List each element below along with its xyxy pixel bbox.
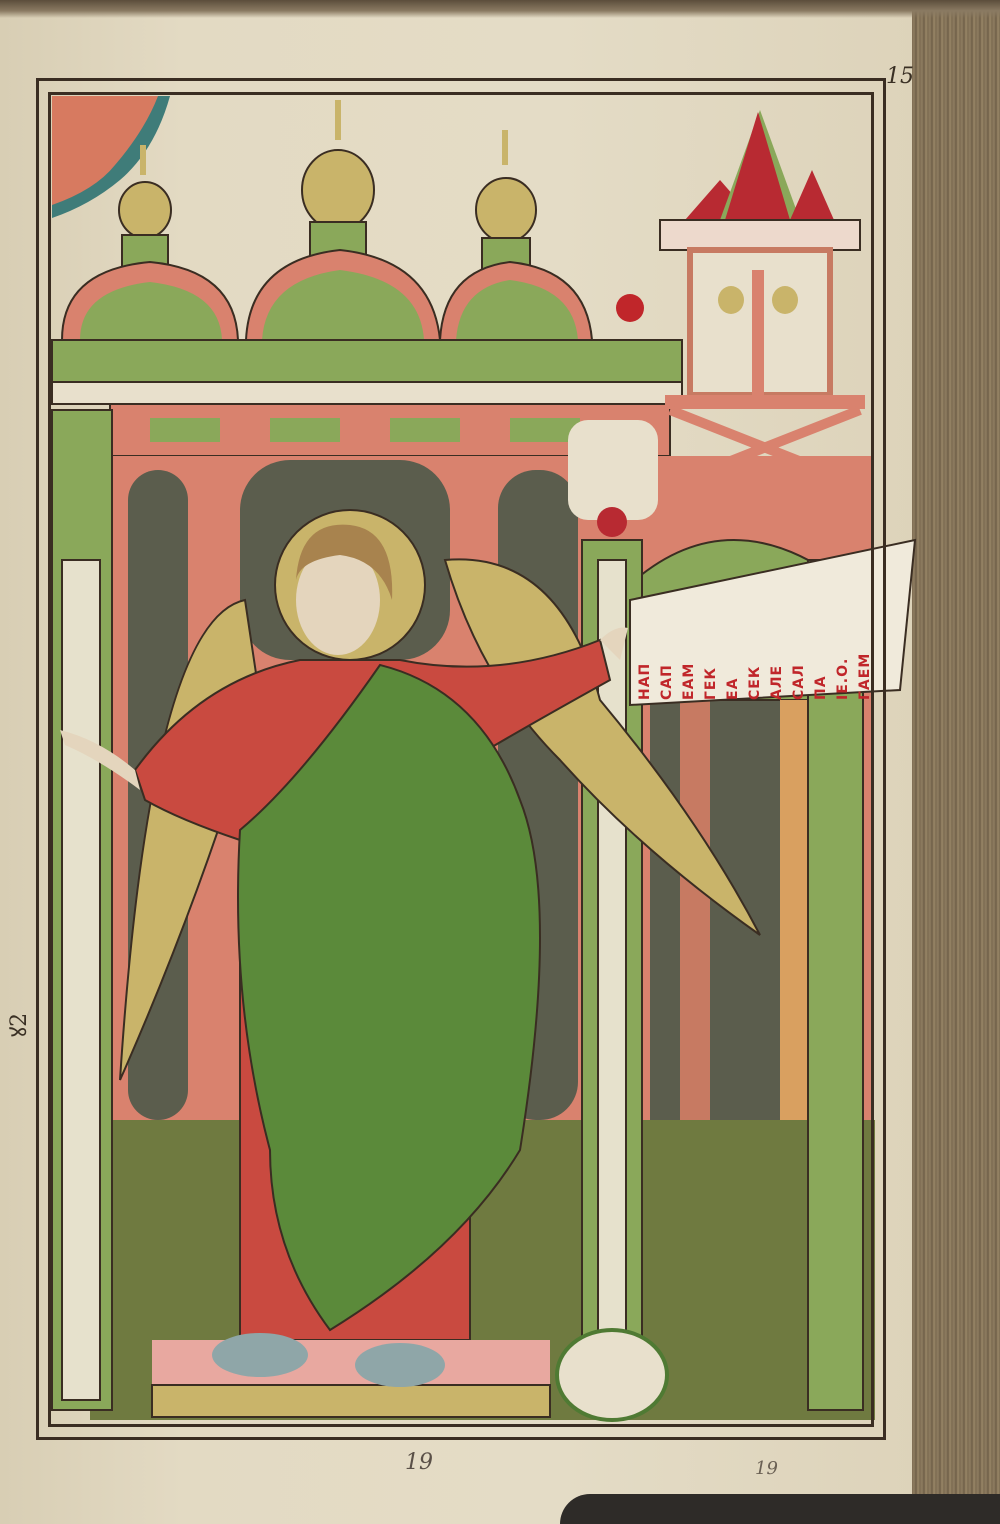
scroll-line: ГЕК	[702, 600, 720, 700]
bottom-right-number: 19	[755, 1458, 778, 1479]
background-surface	[560, 1494, 1000, 1524]
bottom-left-number: 19	[405, 1450, 433, 1475]
scroll-line: ЕА	[724, 600, 742, 700]
left-margin-mark: ꙋ2	[3, 1013, 33, 1037]
scroll-line: САЛ	[790, 600, 808, 700]
scroll-line: ІЕ.О.	[834, 600, 852, 700]
scroll-line: СЕК	[746, 600, 764, 700]
scroll-line: ПА	[812, 600, 830, 700]
scroll-line: ГАЕМ	[856, 600, 874, 700]
scroll-line: АЛЕ	[768, 600, 786, 700]
folio-number: 15	[886, 64, 914, 89]
scroll-line: САП	[658, 600, 676, 700]
scroll-inscription: НАП САП ЕАМ ГЕК ЕА СЕК АЛЕ САЛ ПА ІЕ.О. …	[636, 600, 876, 700]
inner-frame-line	[48, 92, 874, 1427]
scroll-line: ЕАМ	[680, 600, 698, 700]
scroll-line: НАП	[636, 600, 654, 700]
